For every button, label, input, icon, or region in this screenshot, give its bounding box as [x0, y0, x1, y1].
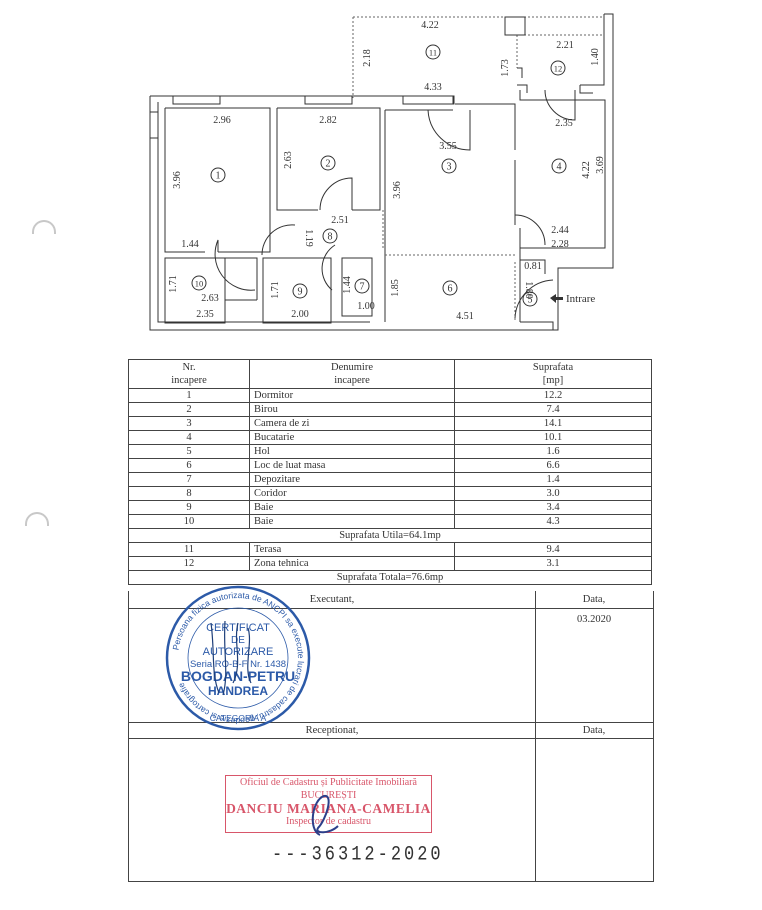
dim-room6-width: 4.51: [456, 311, 474, 322]
dim-terrace-side: 1.73: [500, 59, 511, 77]
table-row: 5Hol1.6: [129, 445, 652, 459]
room-name: Baie: [250, 501, 455, 515]
header-nr: Nr.incapere: [129, 360, 250, 389]
table-row: 10Baie4.3: [129, 515, 652, 529]
dim-tech-width: 2.21: [556, 40, 574, 51]
room-name: Hol: [250, 445, 455, 459]
room-number: 5: [129, 445, 250, 459]
room-number: 6: [129, 459, 250, 473]
room-name: Camera de zi: [250, 417, 455, 431]
room-name: Coridor: [250, 487, 455, 501]
room-marker-label: 3: [447, 162, 452, 173]
dim-hol-width: 0.81: [524, 261, 542, 272]
room-area: 3.4: [455, 501, 652, 515]
room-area: 1.4: [455, 473, 652, 487]
table-row: 9Baie3.4: [129, 501, 652, 515]
table-row: 2Birou7.4: [129, 403, 652, 417]
dim-room3-height: 3.96: [392, 181, 403, 199]
room-area: 14.1: [455, 417, 652, 431]
floor-plan: 4.22 2.18 4.33 1.73 2.21 1.40 2.96 3.96 …: [0, 0, 762, 345]
room-marker-label: 4: [557, 162, 562, 173]
dim-room7-height: 1.44: [342, 276, 353, 294]
room-name: Birou: [250, 403, 455, 417]
dim-room4-h1: 4.22: [581, 161, 592, 179]
room-area: 6.6: [455, 459, 652, 473]
room-area: 1.6: [455, 445, 652, 459]
table-row: 1Dormitor12.2: [129, 389, 652, 403]
executant-date-label: Data,: [535, 594, 653, 605]
room-marker-label: 2: [326, 159, 331, 170]
dim-room1-width: 2.96: [213, 115, 231, 126]
dim-corridor-width: 2.51: [331, 215, 349, 226]
room-number: 9: [129, 501, 250, 515]
room-number: 12: [129, 557, 250, 571]
executant-date: 03.2020: [535, 614, 653, 625]
room-area: 10.1: [455, 431, 652, 445]
inspector-signature: [300, 790, 340, 840]
dim-terrace-height: 2.18: [362, 49, 373, 67]
table-row: 11Terasa9.4: [129, 543, 652, 557]
room-area: 4.3: [455, 515, 652, 529]
room-number: 4: [129, 431, 250, 445]
authorization-stamp: Persoana fizica autorizata de ANCPI sa e…: [163, 583, 313, 733]
dim-room4-b2: 2.28: [551, 239, 569, 250]
dim-room4-b1: 2.44: [551, 225, 569, 236]
table-row: 6Loc de luat masa6.6: [129, 459, 652, 473]
dim-room1-bottom: 1.44: [181, 239, 199, 250]
dim-room4-top: 2.35: [555, 118, 573, 129]
dim-room7-width: 1.00: [357, 301, 375, 312]
rooms-table: Nr.incapere Denumireincapere Suprafata[m…: [128, 359, 652, 585]
table-row: 12Zona tehnica3.1: [129, 557, 652, 571]
header-area: Suprafata[mp]: [455, 360, 652, 389]
room-marker-label: 6: [448, 284, 453, 295]
entrance-arrow-icon: [550, 294, 563, 303]
dim-room10-w1: 2.63: [201, 293, 219, 304]
svg-text:BOGDAN-PETRU: BOGDAN-PETRU: [181, 668, 295, 684]
room-name: Baie: [250, 515, 455, 529]
dim-room1-height: 3.96: [172, 171, 183, 189]
dim-terrace-top: 4.22: [421, 20, 439, 31]
dim-room3-width: 3.55: [439, 141, 457, 152]
dim-room4-h2: 3.69: [595, 156, 606, 174]
dim-room10-height: 1.71: [168, 275, 179, 293]
room-name: Bucatarie: [250, 431, 455, 445]
room-number: 8: [129, 487, 250, 501]
room-marker-label: 1: [216, 171, 221, 182]
table-row: 7Depozitare1.4: [129, 473, 652, 487]
room-name: Loc de luat masa: [250, 459, 455, 473]
room-marker-label: 11: [429, 48, 437, 58]
room-name: Depozitare: [250, 473, 455, 487]
room-number: 2: [129, 403, 250, 417]
table-row: 8Coridor3.0: [129, 487, 652, 501]
room-marker-label: 10: [195, 279, 204, 289]
room-number: 1: [129, 389, 250, 403]
svg-text:DE: DE: [231, 635, 245, 646]
room-number: 3: [129, 417, 250, 431]
room-name: Terasa: [250, 543, 455, 557]
dim-corridor-height: 1.19: [303, 229, 314, 247]
useful-total-row: Suprafata Utila=64.1mp: [129, 529, 652, 543]
receptionat-date-label: Data,: [535, 725, 653, 736]
room-marker-label: 8: [328, 232, 333, 243]
dim-room2-height: 2.63: [283, 151, 294, 169]
room-name: Dormitor: [250, 389, 455, 403]
room-number: 10: [129, 515, 250, 529]
dim-tech-height: 1.40: [590, 48, 601, 66]
table-row: 3Camera de zi14.1: [129, 417, 652, 431]
dim-room10-w2: 2.35: [196, 309, 214, 320]
room-area: 3.0: [455, 487, 652, 501]
dim-room9-width: 2.00: [291, 309, 309, 320]
room-number: 11: [129, 543, 250, 557]
room-area: 7.4: [455, 403, 652, 417]
room-name: Zona tehnica: [250, 557, 455, 571]
room-marker-label: 9: [298, 287, 303, 298]
room-area: 3.1: [455, 557, 652, 571]
punch-hole-bottom: [25, 512, 49, 526]
dim-room6-height: 1.85: [390, 279, 401, 297]
room-marker-label: 7: [360, 282, 365, 293]
registration-number: ---36312-2020: [272, 844, 444, 867]
dim-room9-height: 1.71: [270, 281, 281, 299]
room-area: 12.2: [455, 389, 652, 403]
room-marker-label: 12: [554, 64, 563, 74]
table-header-row: Nr.incapere Denumireincapere Suprafata[m…: [129, 360, 652, 389]
svg-text:CATEGORIA A: CATEGORIA A: [210, 713, 267, 723]
room-number: 7: [129, 473, 250, 487]
header-name: Denumireincapere: [250, 360, 455, 389]
room-marker-label: 5: [528, 295, 533, 306]
dim-terrace-bottom: 4.33: [424, 82, 442, 93]
room-area: 9.4: [455, 543, 652, 557]
table-row: 4Bucatarie10.1: [129, 431, 652, 445]
dim-room2-width: 2.82: [319, 115, 337, 126]
entrance-label: Intrare: [566, 293, 595, 305]
